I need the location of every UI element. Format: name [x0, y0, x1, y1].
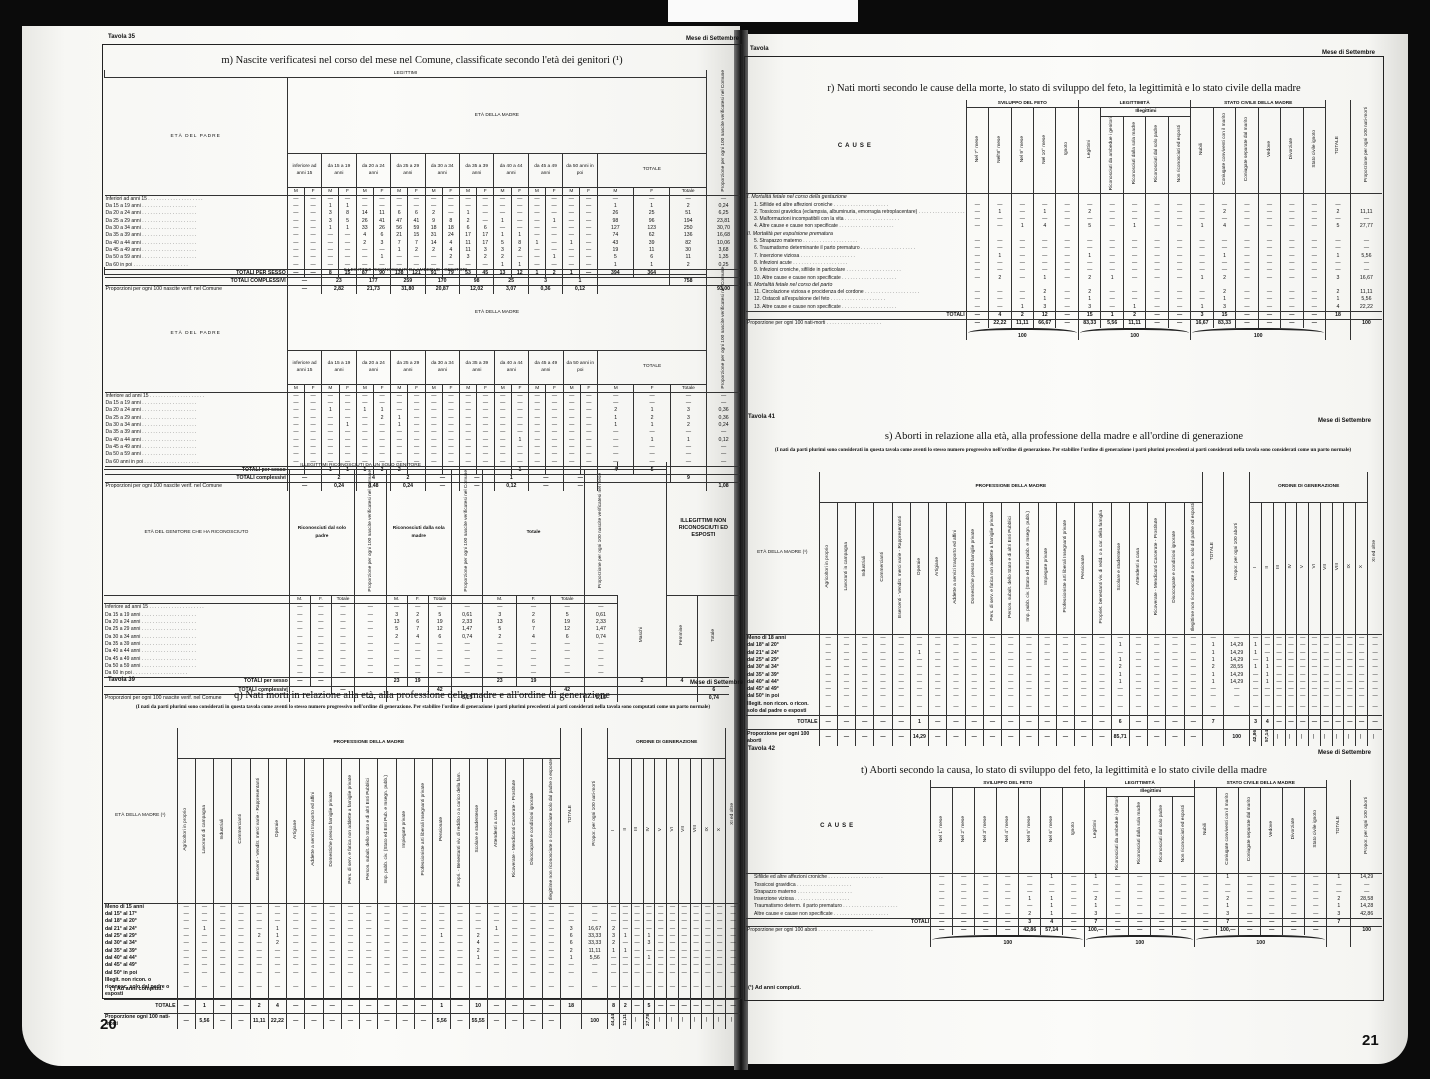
- cell: 14,29: [1224, 657, 1250, 664]
- cell: 2: [1034, 289, 1056, 296]
- cell: —: [373, 247, 390, 254]
- section-title: III. Mortalità fetale nel corso del part…: [746, 282, 966, 289]
- cell: —: [989, 223, 1011, 230]
- cell: —: [1123, 202, 1145, 209]
- cell: 6: [477, 225, 494, 232]
- cell: —: [310, 678, 331, 686]
- cell: —: [1239, 927, 1261, 935]
- cell: —: [1148, 686, 1166, 693]
- cell: —: [1002, 642, 1020, 649]
- cell: 1: [1203, 650, 1224, 657]
- cell: —: [1281, 289, 1303, 296]
- cell: —: [451, 1013, 469, 1029]
- table-row: Sifilide ed altre affezioni croniche————…: [746, 874, 1382, 882]
- cell: —: [1303, 245, 1326, 252]
- cell: —: [459, 195, 476, 203]
- cell: —: [619, 962, 631, 969]
- cell: —: [305, 977, 323, 999]
- sviluppo-header: Nel 6° mese: [1041, 788, 1063, 874]
- cell: —: [331, 663, 354, 670]
- page-number: 21: [1362, 1032, 1379, 1049]
- cell: —: [726, 962, 740, 969]
- cell: —: [1002, 730, 1020, 746]
- cell: 5,56: [433, 1013, 451, 1029]
- profession-header: Esercenti - Venditr. merci varie - Rappr…: [892, 502, 910, 635]
- cell: —: [1063, 903, 1085, 910]
- cell: —: [966, 253, 988, 260]
- row-label: Da 30 a 34 anni: [105, 422, 288, 429]
- cell: —: [819, 686, 837, 693]
- cell: —: [289, 648, 310, 655]
- cell: —: [341, 977, 359, 999]
- cell: —: [874, 664, 892, 671]
- cell: —: [1332, 686, 1344, 693]
- cell: —: [1236, 320, 1258, 328]
- section-row: I. Mortalità fetale nel corso della gest…: [746, 194, 1382, 202]
- cell: —: [726, 948, 740, 955]
- total-column-header: TOTALE: [598, 350, 707, 384]
- cell: [1078, 194, 1100, 202]
- cell: —: [1011, 289, 1033, 296]
- cell: —: [494, 437, 511, 444]
- cell: —: [195, 933, 213, 940]
- cell: —: [542, 903, 561, 911]
- cell: —: [563, 218, 580, 225]
- cell: 1: [1203, 642, 1224, 649]
- cell: —: [1129, 701, 1147, 716]
- cell: —: [1217, 882, 1239, 889]
- cell: —: [1123, 209, 1145, 216]
- month-label: Mese di Settembre: [690, 680, 743, 686]
- profession-header: Agricoltori in proprio: [819, 502, 837, 635]
- cell: —: [1327, 882, 1351, 889]
- cell: —: [1011, 216, 1033, 223]
- cell: —: [323, 948, 341, 955]
- table-row: Da 40 a 44 anni————23771441117581—1—4339…: [105, 240, 741, 247]
- row-label: TOTALI: [746, 311, 966, 319]
- cell: —: [837, 716, 855, 730]
- cell: —: [232, 940, 250, 947]
- row-label: Da 15 a 19 anni: [105, 203, 288, 210]
- column-header-text: Proporzione per ogni 100 nascite verific…: [721, 267, 727, 389]
- cell: —: [341, 933, 359, 940]
- cell: —: [373, 195, 390, 203]
- cell: —: [232, 977, 250, 999]
- cell: —: [542, 962, 561, 969]
- cell: 1: [1326, 296, 1351, 303]
- cell: 28,55: [1224, 664, 1250, 671]
- column-header-text: Femmine: [679, 625, 685, 645]
- cell: —: [546, 247, 563, 254]
- cell: —: [561, 977, 582, 999]
- cell: —: [1146, 216, 1168, 223]
- cell: —: [631, 903, 643, 911]
- cell: —: [339, 254, 356, 261]
- table-row: dal 30° al 34°—————2——————————4————633,3…: [104, 940, 740, 947]
- cell: —: [407, 641, 428, 648]
- cell: 5,56: [195, 1013, 213, 1029]
- cell: —: [1184, 672, 1203, 679]
- cell: —: [425, 422, 442, 429]
- cell: 27,78: [643, 1013, 655, 1029]
- cell: —: [305, 940, 323, 947]
- profession-header: Disoccupate e condizioni ignorate: [1166, 502, 1184, 635]
- month-label: Mese di Settembre: [1318, 750, 1371, 756]
- row-label: 8. Infezioni acute: [746, 260, 966, 267]
- cell: —: [451, 955, 469, 962]
- proportion-header: Proporzione per ogni 100 nascite verific…: [707, 267, 740, 392]
- cell: —: [1168, 202, 1191, 209]
- cell: 19: [597, 247, 633, 254]
- cell: 14,29: [1351, 874, 1382, 882]
- cell: —: [1166, 635, 1184, 643]
- cell: 8: [442, 218, 459, 225]
- legittimi-header: Legittimi: [1078, 108, 1100, 194]
- profession-header: Person. subalt. dello Stato e di altri E…: [360, 758, 378, 903]
- cell: —: [546, 240, 563, 247]
- cell: 1: [1203, 679, 1224, 686]
- cell: 1: [546, 218, 563, 225]
- cell: —: [965, 635, 983, 643]
- cell: —: [1285, 701, 1297, 716]
- cell: —: [408, 392, 425, 400]
- column-header-text: I: [611, 830, 617, 831]
- table-row: Strapazzo materno————————————————————: [746, 889, 1382, 896]
- cell: —: [1258, 275, 1280, 282]
- cell: —: [287, 970, 305, 977]
- cell: —: [304, 254, 321, 261]
- cell: —: [1320, 730, 1332, 746]
- cell: 4: [1034, 223, 1056, 230]
- solo-genitore-table: ILLEGITTIMI RICONOSCIUTI DA UN SOLO GENI…: [104, 462, 740, 702]
- cell: —: [1309, 650, 1321, 657]
- cell: —: [1261, 874, 1283, 882]
- profession-header: Esercenti - Venditr. merci varie - Rappr…: [250, 758, 268, 903]
- cell: 2: [1203, 664, 1224, 671]
- sex-f: F: [442, 384, 459, 392]
- cell: —: [929, 679, 947, 686]
- cell: —: [506, 977, 524, 999]
- column-header-text: 27,78: [646, 1014, 652, 1026]
- cell: —: [1056, 311, 1079, 319]
- cell: —: [965, 672, 983, 679]
- cell: —: [1019, 903, 1041, 910]
- cell: —: [1320, 642, 1332, 649]
- cell: 100: [1224, 730, 1250, 746]
- cell: —: [1101, 245, 1123, 252]
- cell: —: [356, 203, 373, 210]
- cell: —: [1093, 679, 1111, 686]
- cell: —: [1020, 716, 1038, 730]
- cell: —: [1309, 716, 1321, 730]
- table-row: Da 15 a 19 anni——————————————————————: [105, 400, 741, 407]
- table-row: 11. Circolazione viziosa e procidenza de…: [746, 289, 1382, 296]
- cell: —: [1123, 275, 1145, 282]
- cell: —: [529, 429, 546, 436]
- column-header-text: Commercianti: [880, 552, 886, 582]
- tavola-label: Tavola: [750, 46, 769, 52]
- cell: 5: [1326, 223, 1351, 230]
- cell: —: [546, 451, 563, 458]
- cell: —: [1038, 664, 1056, 671]
- cell: —: [580, 195, 597, 203]
- cell: —: [451, 948, 469, 955]
- cell: —: [483, 670, 517, 678]
- cell: —: [1224, 693, 1250, 700]
- cell: —: [643, 977, 655, 999]
- cell: —: [1148, 701, 1166, 716]
- cell: —: [947, 679, 965, 686]
- cell: —: [1184, 716, 1203, 730]
- cell: —: [1168, 260, 1191, 267]
- cell: 6: [407, 619, 428, 626]
- cell: —: [874, 642, 892, 649]
- cell: 0,74: [584, 634, 618, 641]
- cell: 2: [356, 240, 373, 247]
- cell: —: [580, 407, 597, 414]
- cell: —: [214, 1013, 232, 1029]
- cell: —: [563, 225, 580, 232]
- column-header-text: —: [1288, 734, 1294, 739]
- cell: 1: [634, 422, 670, 429]
- cell: [1146, 282, 1168, 289]
- cell: —: [287, 911, 305, 918]
- proportion: 6,25: [707, 210, 740, 217]
- cell: —: [1356, 716, 1368, 730]
- cell: —: [655, 977, 667, 999]
- cell: —: [289, 641, 310, 648]
- cell: —: [989, 202, 1011, 209]
- cell: —: [1056, 657, 1074, 664]
- cell: 1: [546, 254, 563, 261]
- cell: —: [373, 429, 390, 436]
- cell: 1: [433, 933, 451, 940]
- age-column-header: da 20 a 24 anni: [356, 350, 390, 384]
- cell: —: [1002, 650, 1020, 657]
- row-label: dal 18° al 20°: [746, 642, 819, 649]
- cell: —: [1191, 245, 1213, 252]
- row-label: dal 21° al 24°: [104, 926, 177, 933]
- cell: —: [1236, 289, 1258, 296]
- cell: 3: [1019, 919, 1041, 927]
- section-header: ILLEGITTIMI RICONOSCIUTI DA AMBEDUE I GE…: [105, 267, 707, 275]
- cell: —: [542, 918, 561, 925]
- sex-f: F: [546, 187, 563, 195]
- cell: 26: [597, 210, 633, 217]
- cell: —: [1191, 253, 1213, 260]
- column-header-text: Esercenti - Venditr. merci varie - Rappr…: [898, 516, 904, 618]
- cell: —: [360, 999, 378, 1013]
- cell: —: [1273, 730, 1285, 746]
- cell: —: [373, 400, 390, 407]
- cell: —: [1129, 919, 1151, 927]
- cell: 42,86: [1019, 927, 1041, 935]
- cell: —: [542, 940, 561, 947]
- cell: —: [414, 933, 432, 940]
- cell: Totale: [331, 596, 354, 604]
- table-row: 9. Infezioni croniche, sifilide in parti…: [746, 267, 1382, 274]
- profession-header: Lavoranti di campagna: [195, 758, 213, 903]
- cell: —: [856, 672, 874, 679]
- cell: —: [408, 451, 425, 458]
- cell: —: [929, 686, 947, 693]
- cell: —: [1283, 882, 1305, 889]
- cell: —: [425, 415, 442, 422]
- cell: 1: [1111, 679, 1129, 686]
- row-label: Inserzione viziosa: [746, 896, 931, 903]
- cell: 2: [373, 415, 390, 422]
- table-row: 8. Infezioni acute——————————————————: [746, 260, 1382, 267]
- cell: —: [580, 400, 597, 407]
- cell: 14,29: [1224, 672, 1250, 679]
- table-row: Tossicosi gravidica————————————————————: [746, 882, 1382, 889]
- sviluppo-header: Nell'8° mese: [989, 108, 1011, 194]
- cell: —: [323, 911, 341, 918]
- cell: —: [1281, 202, 1303, 209]
- sex-m: M: [356, 187, 373, 195]
- cell: —: [373, 392, 390, 400]
- cell: [1078, 282, 1100, 289]
- cell: 18: [442, 225, 459, 232]
- column-header-text: Riconosciuti da ambedue i genitori: [1115, 797, 1121, 870]
- cell: —: [1332, 635, 1344, 643]
- cell: 14,29: [1224, 650, 1250, 657]
- cell: —: [670, 195, 707, 203]
- cell: —: [494, 407, 511, 414]
- cell: 6: [550, 634, 584, 641]
- cell: —: [1075, 635, 1093, 643]
- cell: —: [1129, 903, 1151, 910]
- cell: 1: [322, 225, 339, 232]
- cell: —: [1173, 919, 1195, 927]
- profession-header: Lavoranti in campagna: [837, 502, 855, 635]
- cell: —: [997, 889, 1019, 896]
- cell: —: [339, 444, 356, 451]
- cell: 17: [477, 232, 494, 239]
- table-row: dal 40° al 44°————————————————1————15,56…: [104, 955, 740, 962]
- cell: —: [819, 672, 837, 679]
- cell: —: [726, 933, 740, 940]
- illegittimi-sub-header: Riconosciuti da ambedue i genitori: [1107, 796, 1129, 874]
- cell: —: [655, 911, 667, 918]
- cell: —: [1019, 882, 1041, 889]
- cell: —: [561, 962, 582, 969]
- cell: —: [433, 918, 451, 925]
- proportion: —: [707, 392, 740, 400]
- cell: —: [929, 657, 947, 664]
- cell: —: [1191, 267, 1213, 274]
- cell: —: [268, 903, 286, 911]
- cell: —: [563, 254, 580, 261]
- cell: —: [407, 663, 428, 670]
- table-row: dal 50° in poi——————————————————————————…: [104, 970, 740, 977]
- cell: —: [702, 940, 714, 947]
- cell: —: [819, 679, 837, 686]
- cell: —: [1350, 245, 1382, 252]
- row-label: Da 20 a 24 anni: [105, 210, 288, 217]
- row-label: Da 50 a 59 anni: [105, 451, 288, 458]
- cell: —: [726, 1013, 740, 1029]
- cell: [561, 1013, 582, 1029]
- cell: —: [1011, 275, 1033, 282]
- age-column-header: da 15 a 19 anni: [322, 350, 356, 384]
- cell: —: [477, 415, 494, 422]
- proportion-row: Proporzione ogni 100 nati-morti—5,56——11…: [104, 1013, 740, 1029]
- cell: —: [1320, 672, 1332, 679]
- cell: —: [386, 648, 407, 655]
- cell: [1011, 194, 1033, 202]
- cell: —: [356, 247, 373, 254]
- cell: —: [726, 940, 740, 947]
- cell: —: [1107, 896, 1129, 903]
- cell: —: [997, 874, 1019, 882]
- cell: —: [856, 679, 874, 686]
- cell: —: [341, 940, 359, 947]
- cell: —: [874, 716, 892, 730]
- cell: —: [1303, 289, 1326, 296]
- cell: —: [1063, 882, 1085, 889]
- cell: —: [1285, 642, 1297, 649]
- cell: —: [714, 933, 726, 940]
- cell: —: [268, 970, 286, 977]
- cell: —: [487, 948, 505, 955]
- column-header-text: Pensionate: [1081, 555, 1087, 579]
- cell: —: [819, 664, 837, 671]
- sex-m: M: [287, 384, 304, 392]
- row-label: Da 40 a 44 anni: [105, 240, 288, 247]
- cell: —: [414, 948, 432, 955]
- cell: —: [819, 635, 837, 643]
- cell: —: [856, 642, 874, 649]
- cell: [1350, 328, 1382, 340]
- column-header-text: Person. subalt. dello Stato e di altri E…: [1008, 516, 1014, 618]
- cell: —: [619, 918, 631, 925]
- table-row: Inferiore ad anni 15————————————————————…: [105, 392, 741, 400]
- cell: —: [997, 903, 1019, 910]
- cell: 1: [391, 247, 408, 254]
- cell: —: [494, 392, 511, 400]
- cell: —: [1305, 889, 1327, 896]
- cell: —: [386, 663, 407, 670]
- cell: 44,44: [608, 1013, 620, 1029]
- cell: —: [1075, 693, 1093, 700]
- cell: —: [460, 400, 477, 407]
- cell: —: [643, 970, 655, 977]
- cell: —: [511, 400, 528, 407]
- cell: [1350, 202, 1382, 209]
- cell: —: [304, 232, 321, 239]
- cell: —: [631, 940, 643, 947]
- profession-header: Impiegate private: [1038, 502, 1056, 635]
- cell: —: [1038, 650, 1056, 657]
- ordine-header: VI: [1309, 502, 1321, 635]
- cell: 1: [670, 437, 707, 444]
- cell: —: [268, 948, 286, 955]
- cell: 3: [494, 247, 511, 254]
- cell: —: [966, 289, 988, 296]
- cell: —: [1297, 686, 1309, 693]
- cell: 7: [407, 626, 428, 633]
- cell: 6: [634, 254, 670, 261]
- cell: —: [1236, 238, 1258, 245]
- cell: —: [546, 232, 563, 239]
- cell: 3: [670, 407, 707, 414]
- cell: —: [1261, 693, 1273, 700]
- cell: 5: [643, 999, 655, 1013]
- cell: —: [1356, 642, 1368, 649]
- cell: —: [341, 918, 359, 925]
- age-column-header: da 25 a 29 anni: [391, 350, 425, 384]
